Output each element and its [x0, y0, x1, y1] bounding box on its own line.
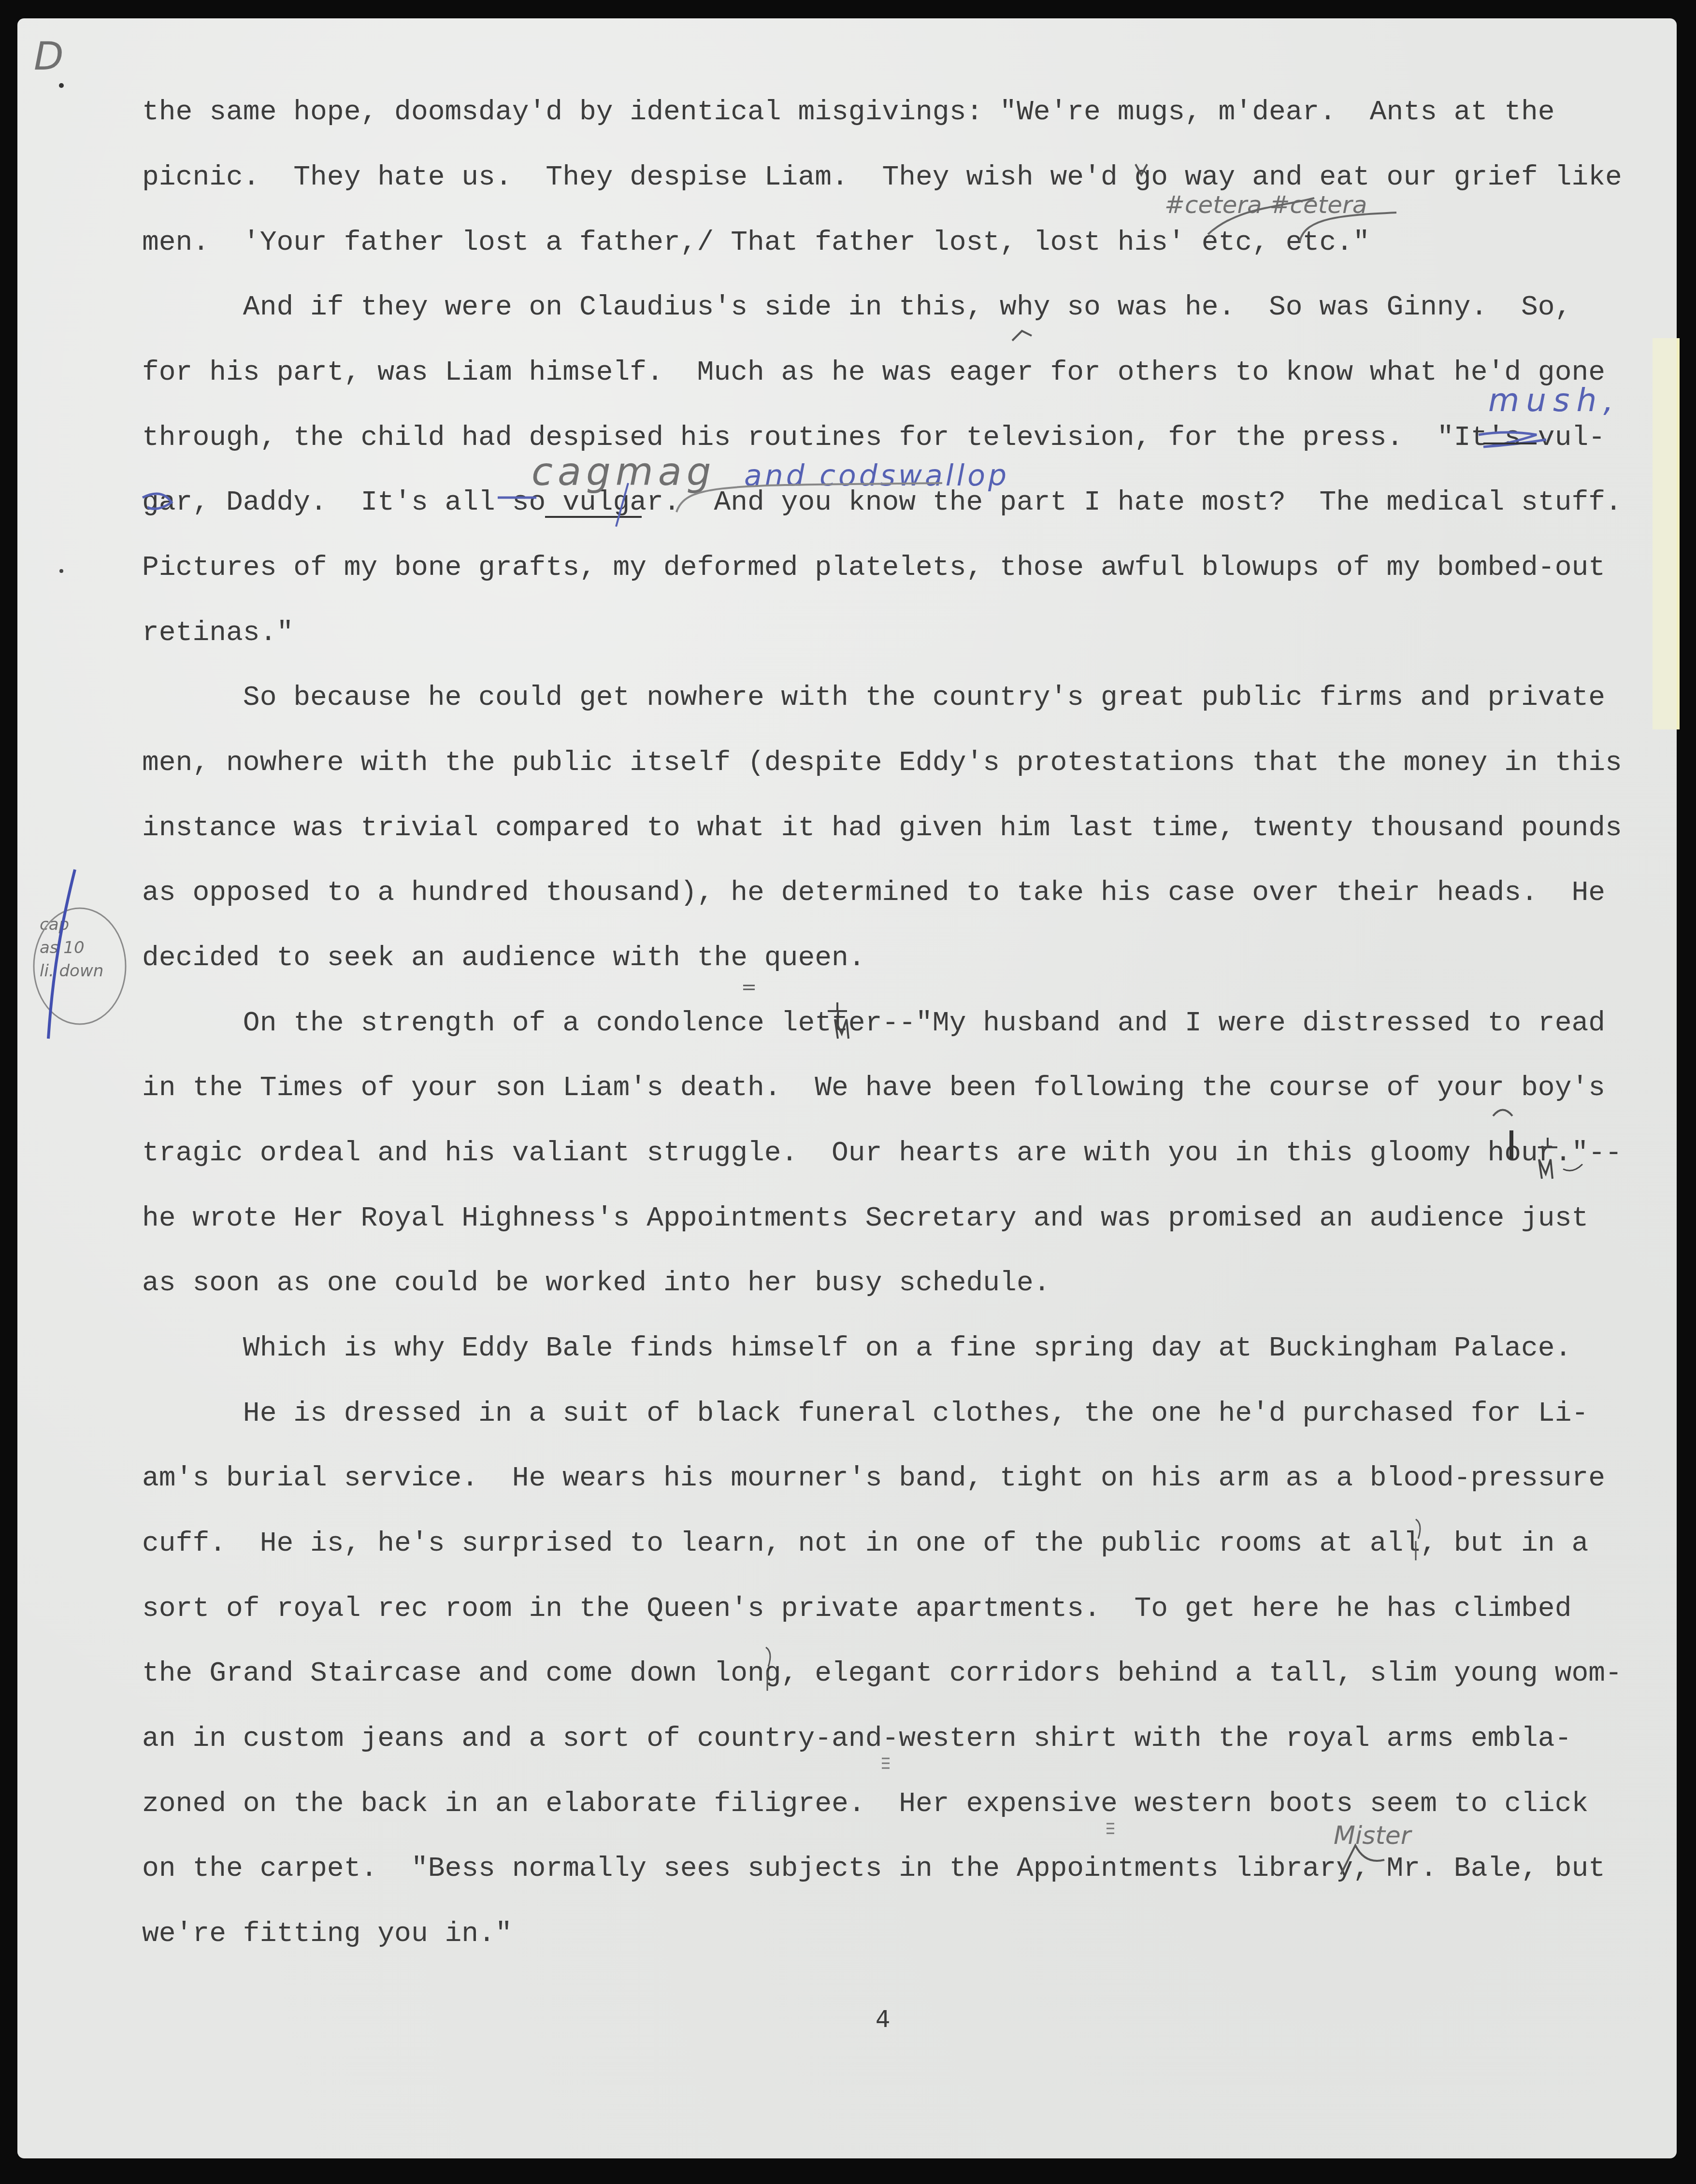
comma-insert-icon — [766, 1647, 770, 1691]
caret-icon — [1135, 164, 1147, 175]
em-dash-mark-icon — [1539, 1159, 1552, 1179]
edit-marks — [0, 0, 1696, 2184]
comma-insert-icon — [1416, 1519, 1420, 1560]
transpose-mark-icon — [1012, 331, 1032, 341]
margin-note-circle-icon — [34, 908, 126, 1024]
em-dash-mark-icon — [835, 1019, 848, 1039]
scribble-out-icon — [1479, 432, 1546, 447]
